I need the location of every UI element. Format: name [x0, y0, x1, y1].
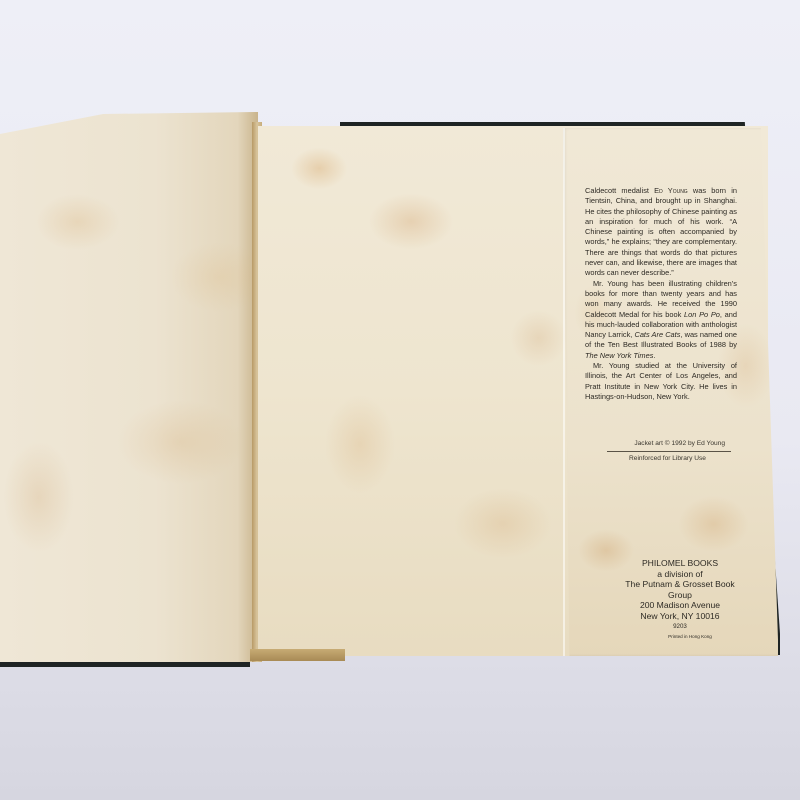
publisher-group: The Putnam & Grosset Book Group [620, 579, 740, 600]
bio-paragraph-1: Caldecott medalist Ed Young was born in … [585, 186, 737, 279]
publisher-address: 200 Madison Avenue [620, 600, 740, 611]
book-title: Cats Are Cats [634, 330, 680, 339]
library-note: Reinforced for Library Use [605, 455, 730, 462]
page-edge [250, 649, 345, 661]
publisher-city: New York, NY 10016 [620, 611, 740, 622]
jacket-flap-edge [563, 128, 565, 656]
publisher-code: 9203 [620, 622, 740, 632]
bio-paragraph-2: Mr. Young has been illustrating children… [585, 279, 737, 361]
printed-in-note: Printed in Hong Kong [660, 634, 720, 639]
book-photo: Caldecott medalist Ed Young was born in … [0, 0, 800, 800]
bio-text: was born in Tientsin, China, and brought… [585, 186, 737, 277]
publication-title: The New York Times [585, 351, 653, 360]
jacket-art-credit: Jacket art © 1992 by Ed Young [600, 440, 725, 447]
left-endpaper [0, 112, 258, 662]
bio-text: Mr. Young studied at the University of I… [585, 361, 737, 401]
book-title: Lon Po Po [684, 310, 720, 319]
publisher-name: PHILOMEL BOOKS [620, 558, 740, 569]
publisher-division: a division of [620, 569, 740, 580]
divider [607, 451, 731, 452]
author-bio: Caldecott medalist Ed Young was born in … [585, 186, 737, 402]
publisher-block: PHILOMEL BOOKS a division of The Putnam … [620, 558, 740, 632]
bio-paragraph-3: Mr. Young studied at the University of I… [585, 361, 737, 402]
bio-text: Caldecott medalist [585, 186, 654, 195]
bio-text: . [653, 351, 655, 360]
author-name: Ed Young [654, 186, 688, 195]
